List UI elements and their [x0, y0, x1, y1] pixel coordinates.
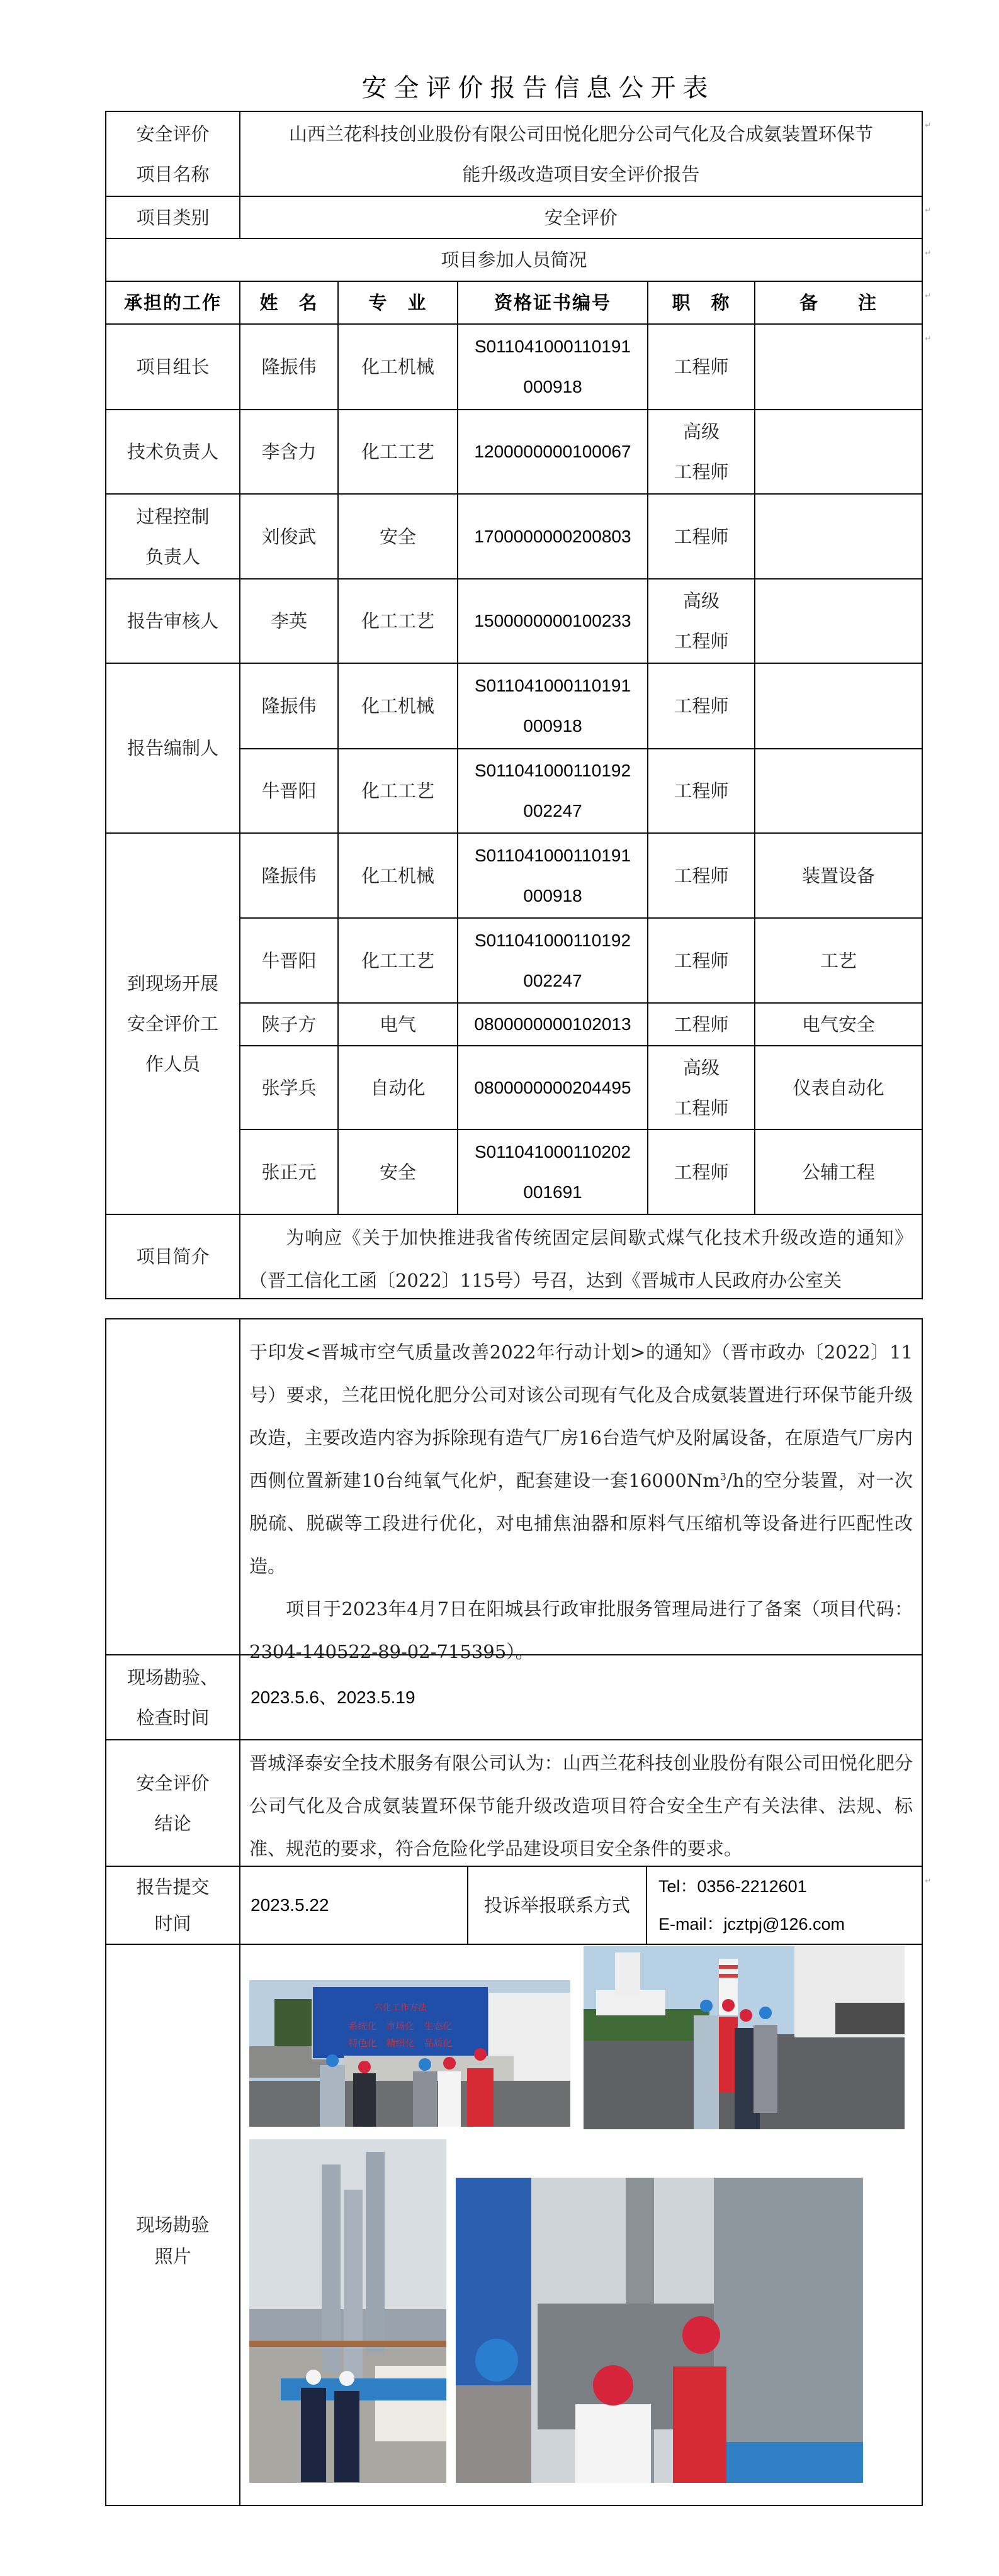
major-cell: 安全	[337, 493, 458, 580]
cert-cell: 1500000000100233	[457, 578, 648, 664]
survey-time-label: 现场勘验、检查时间	[105, 1654, 240, 1740]
personnel-heading: 项目参加人员简况	[105, 238, 923, 282]
role-cell: 报告审核人	[105, 578, 240, 664]
project-category-label: 项目类别	[105, 196, 240, 239]
title-cell: 工程师	[647, 663, 755, 749]
name-cell: 隆振伟	[239, 323, 339, 410]
name-cell: 隆振伟	[239, 832, 339, 919]
name-cell: 李含力	[239, 409, 339, 495]
note-cell	[754, 409, 923, 495]
svg-text:系统化 市场化 生态化: 系统化 市场化 生态化	[348, 2020, 452, 2032]
col-header-title: 职 称	[647, 281, 755, 325]
site-photo-2	[584, 1946, 905, 2129]
cert-cell: 0800000000204495	[457, 1045, 648, 1130]
project-category-value: 安全评价	[239, 196, 923, 239]
col-header-name: 姓 名	[239, 281, 339, 325]
cert-cell: 1700000000200803	[457, 493, 648, 580]
major-cell: 化工工艺	[337, 578, 458, 664]
intro-label-continued	[105, 1318, 240, 1655]
paragraph-mark-icon: ↵	[925, 1878, 931, 1883]
major-cell: 化工工艺	[337, 748, 458, 834]
note-cell: 装置设备	[754, 832, 923, 919]
name-cell: 牛晋阳	[239, 917, 339, 1004]
title-cell: 高级工程师	[647, 409, 755, 495]
note-cell: 工艺	[754, 917, 923, 1004]
major-cell: 化工工艺	[337, 409, 458, 495]
paragraph-mark-icon: ↵	[925, 208, 931, 213]
intro-text-part1: 为响应《关于加快推进我省传统固定层间歇式煤气化技术升级改造的通知》（晋工信化工函…	[239, 1214, 923, 1299]
major-cell: 电气	[337, 1002, 458, 1046]
cert-cell: S011041000110191000918	[457, 832, 648, 919]
note-cell	[754, 323, 923, 410]
cert-cell: 1200000000100067	[457, 409, 648, 495]
svg-text:特色化 精细化 品质化: 特色化 精细化 品质化	[348, 2037, 452, 2049]
title-cell: 工程师	[647, 323, 755, 410]
intro-label: 项目简介	[105, 1214, 240, 1299]
cert-cell: S011041000110202001691	[457, 1129, 648, 1215]
title-cell: 工程师	[647, 1129, 755, 1215]
intro-text-part2: 于印发<晋城市空气质量改善2022年行动计划>的通知》（晋市政办〔2022〕11…	[239, 1318, 923, 1655]
paragraph-mark-icon: ↵	[925, 123, 931, 128]
survey-time-value: 2023.5.6、2023.5.19	[239, 1654, 923, 1740]
major-cell: 化工工艺	[337, 917, 458, 1004]
site-photo-1: 六化工作方法 系统化 市场化 生态化 特色化 精细化 品质化	[249, 1980, 570, 2127]
title-cell: 工程师	[647, 493, 755, 580]
name-cell: 张学兵	[239, 1045, 339, 1130]
note-cell	[754, 493, 923, 580]
conclusion-text: 晋城泽泰安全技术服务有限公司认为：山西兰花科技创业股份有限公司田悦化肥分公司气化…	[239, 1739, 923, 1867]
photos-label: 现场勘验照片	[105, 1944, 240, 2506]
title-cell: 工程师	[647, 917, 755, 1004]
role-cell: 到现场开展 安全评价工 作人员	[105, 832, 240, 1215]
role-cell: 过程控制负责人	[105, 493, 240, 580]
project-name-value: 山西兰花科技创业股份有限公司田悦化肥分公司气化及合成氨装置环保节 能升级改造项目…	[239, 111, 923, 197]
title-cell: 工程师	[647, 1002, 755, 1046]
note-cell	[754, 663, 923, 749]
role-cell: 项目组长	[105, 323, 240, 410]
svg-text:六化工作方法: 六化工作方法	[374, 2002, 427, 2013]
col-header-major: 专 业	[337, 281, 458, 325]
col-header-role: 承担的工作	[105, 281, 240, 325]
role-cell: 报告编制人	[105, 663, 240, 834]
page-title: 安全评价报告信息公开表	[0, 68, 999, 104]
cert-cell: 0800000000102013	[457, 1002, 648, 1046]
title-cell: 工程师	[647, 748, 755, 834]
name-cell: 李英	[239, 578, 339, 664]
major-cell: 安全	[337, 1129, 458, 1215]
cert-cell: S011041000110192002247	[457, 917, 648, 1004]
project-name-label: 安全评价 项目名称	[105, 111, 240, 197]
site-photo-4	[456, 2178, 863, 2483]
name-cell: 隆振伟	[239, 663, 339, 749]
paragraph-mark-icon: ↵	[925, 336, 931, 341]
contact-email[interactable]: E-mail：jcztpj@126.com	[658, 1905, 845, 1943]
note-cell	[754, 578, 923, 664]
name-cell: 陕子方	[239, 1002, 339, 1046]
note-cell: 公辅工程	[754, 1129, 923, 1215]
title-cell: 高级工程师	[647, 578, 755, 664]
paragraph-mark-icon: ↵	[925, 250, 931, 255]
conclusion-label: 安全评价结论	[105, 1739, 240, 1867]
note-cell: 仪表自动化	[754, 1045, 923, 1130]
col-header-note: 备 注	[754, 281, 923, 325]
note-cell: 电气安全	[754, 1002, 923, 1046]
cert-cell: S011041000110191000918	[457, 323, 648, 410]
submission-date: 2023.5.22	[239, 1866, 468, 1945]
role-cell: 技术负责人	[105, 409, 240, 495]
contact-info: Tel：0356-2212601 E-mail：jcztpj@126.com	[646, 1866, 923, 1945]
major-cell: 化工机械	[337, 663, 458, 749]
major-cell: 自动化	[337, 1045, 458, 1130]
col-header-cert: 资格证书编号	[457, 281, 648, 325]
major-cell: 化工机械	[337, 832, 458, 919]
contact-tel: Tel：0356-2212601	[658, 1868, 807, 1905]
cert-cell: S011041000110192002247	[457, 748, 648, 834]
name-cell: 张正元	[239, 1129, 339, 1215]
name-cell: 刘俊武	[239, 493, 339, 580]
paragraph-mark-icon: ↵	[925, 293, 931, 298]
major-cell: 化工机械	[337, 323, 458, 410]
site-photo-3	[249, 2139, 446, 2483]
cert-cell: S011041000110191000918	[457, 663, 648, 749]
title-cell: 工程师	[647, 832, 755, 919]
note-cell	[754, 748, 923, 834]
submission-label: 报告提交时间	[105, 1866, 240, 1945]
title-cell: 高级工程师	[647, 1045, 755, 1130]
name-cell: 牛晋阳	[239, 748, 339, 834]
contact-label: 投诉举报联系方式	[467, 1866, 647, 1945]
